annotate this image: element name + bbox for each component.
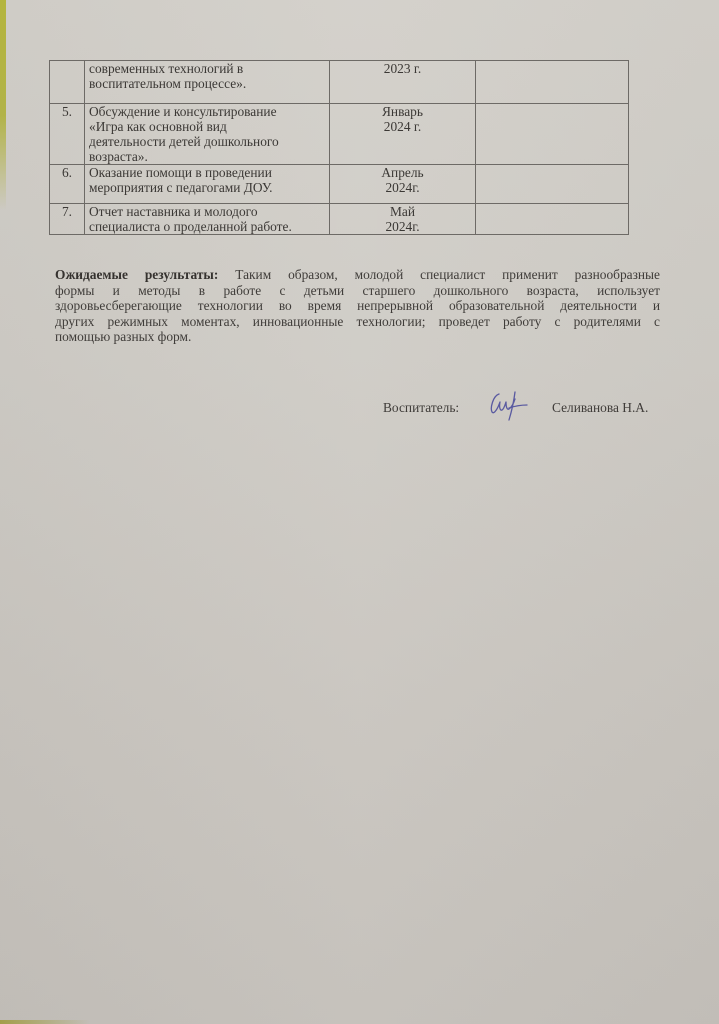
row-date: Май 2024г. [330, 204, 476, 235]
results-label: Ожидаемые результаты: [55, 267, 218, 282]
row-topic: Обсуждение и консультирование «Игра как … [85, 104, 330, 165]
row-date: Январь 2024 г. [330, 104, 476, 165]
results-line: других режимных моментах, инновационные … [55, 314, 660, 330]
row-number: 5. [50, 104, 85, 165]
row-note [476, 204, 629, 235]
handwritten-signature-icon [485, 388, 531, 424]
row-note [476, 61, 629, 104]
row-topic: Отчет наставника и молодого специалиста … [85, 204, 330, 235]
signature-role-label: Воспитатель: [383, 400, 459, 416]
signature-name: Селиванова Н.А. [552, 400, 648, 416]
row-note [476, 104, 629, 165]
results-line: формы и методы в работе с детьми старшег… [55, 283, 660, 299]
row-number: 6. [50, 165, 85, 204]
row-number [50, 61, 85, 104]
row-note [476, 165, 629, 204]
expected-results-paragraph: Ожидаемые результаты: Таким образом, мол… [55, 267, 660, 345]
table-row: 7. Отчет наставника и молодого специалис… [50, 204, 629, 235]
results-line: здоровьесберегающие технологии во время … [55, 298, 660, 314]
mentoring-plan-table: современных технологий в воспитательном … [49, 60, 629, 235]
background-edge-bottom [0, 1020, 90, 1024]
table-row: 6. Оказание помощи в проведении мероприя… [50, 165, 629, 204]
results-line: помощью разных форм. [55, 329, 660, 345]
row-topic: современных технологий в воспитательном … [85, 61, 330, 104]
background-edge-left [0, 0, 6, 210]
table-row: современных технологий в воспитательном … [50, 61, 629, 104]
table-row: 5. Обсуждение и консультирование «Игра к… [50, 104, 629, 165]
row-date: Апрель 2024г. [330, 165, 476, 204]
row-date: 2023 г. [330, 61, 476, 104]
results-line: Ожидаемые результаты: Таким образом, мол… [55, 267, 660, 283]
row-topic: Оказание помощи в проведении мероприятия… [85, 165, 330, 204]
row-number: 7. [50, 204, 85, 235]
